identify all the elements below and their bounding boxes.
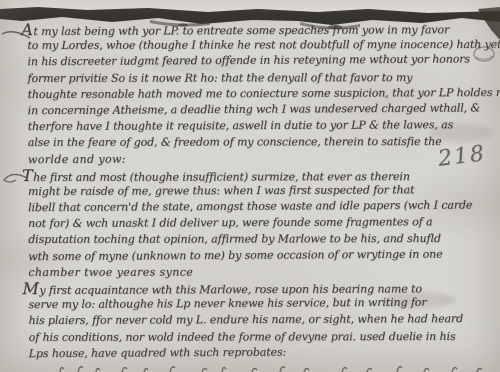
- manuscript-line: former privitie So is it nowe Rt ho: tha…: [27, 69, 495, 86]
- manuscript-line: worlde and yow:: [28, 149, 496, 168]
- manuscript-line: The first and most (thoughe insufficient…: [28, 167, 496, 184]
- manuscript-line: At my last being wth yor LP. to entreate…: [27, 20, 495, 38]
- letter-text: At my last being wth yor LP. to entreate…: [27, 20, 496, 362]
- flourish-mark: [2, 168, 28, 188]
- manuscript-line: serve my lo: althoughe his Lp never knew…: [28, 294, 496, 313]
- manuscript-line: in concerninge Atheisme, a deadlie thing…: [28, 100, 496, 119]
- manuscript-line: chamber twoe yeares synce: [28, 264, 496, 281]
- manuscript-line: libell that concern'd the state, amongst…: [28, 197, 496, 216]
- ink-ring-mark: [471, 44, 497, 64]
- manuscript-line: therfore have I thoughte it requisite, a…: [28, 117, 496, 135]
- manuscript-line: his plaiers, ffor never cold my L. endur…: [29, 311, 497, 329]
- manuscript-line: in his discreeter iudgmt feared to offen…: [27, 52, 495, 71]
- clipped-line-fragment: [52, 364, 492, 372]
- manuscript-line: Lps house, have quadred wth such reproba…: [29, 343, 497, 362]
- flourish-mark: [1, 24, 31, 46]
- manuscript-line: wth some of myne (unknown to me) by some…: [28, 246, 496, 265]
- manuscript-line: not for) & wch unaskt I did deliver up, …: [28, 214, 496, 232]
- manuscript-scan: At my last being wth yor LP. to entreate…: [0, 0, 500, 372]
